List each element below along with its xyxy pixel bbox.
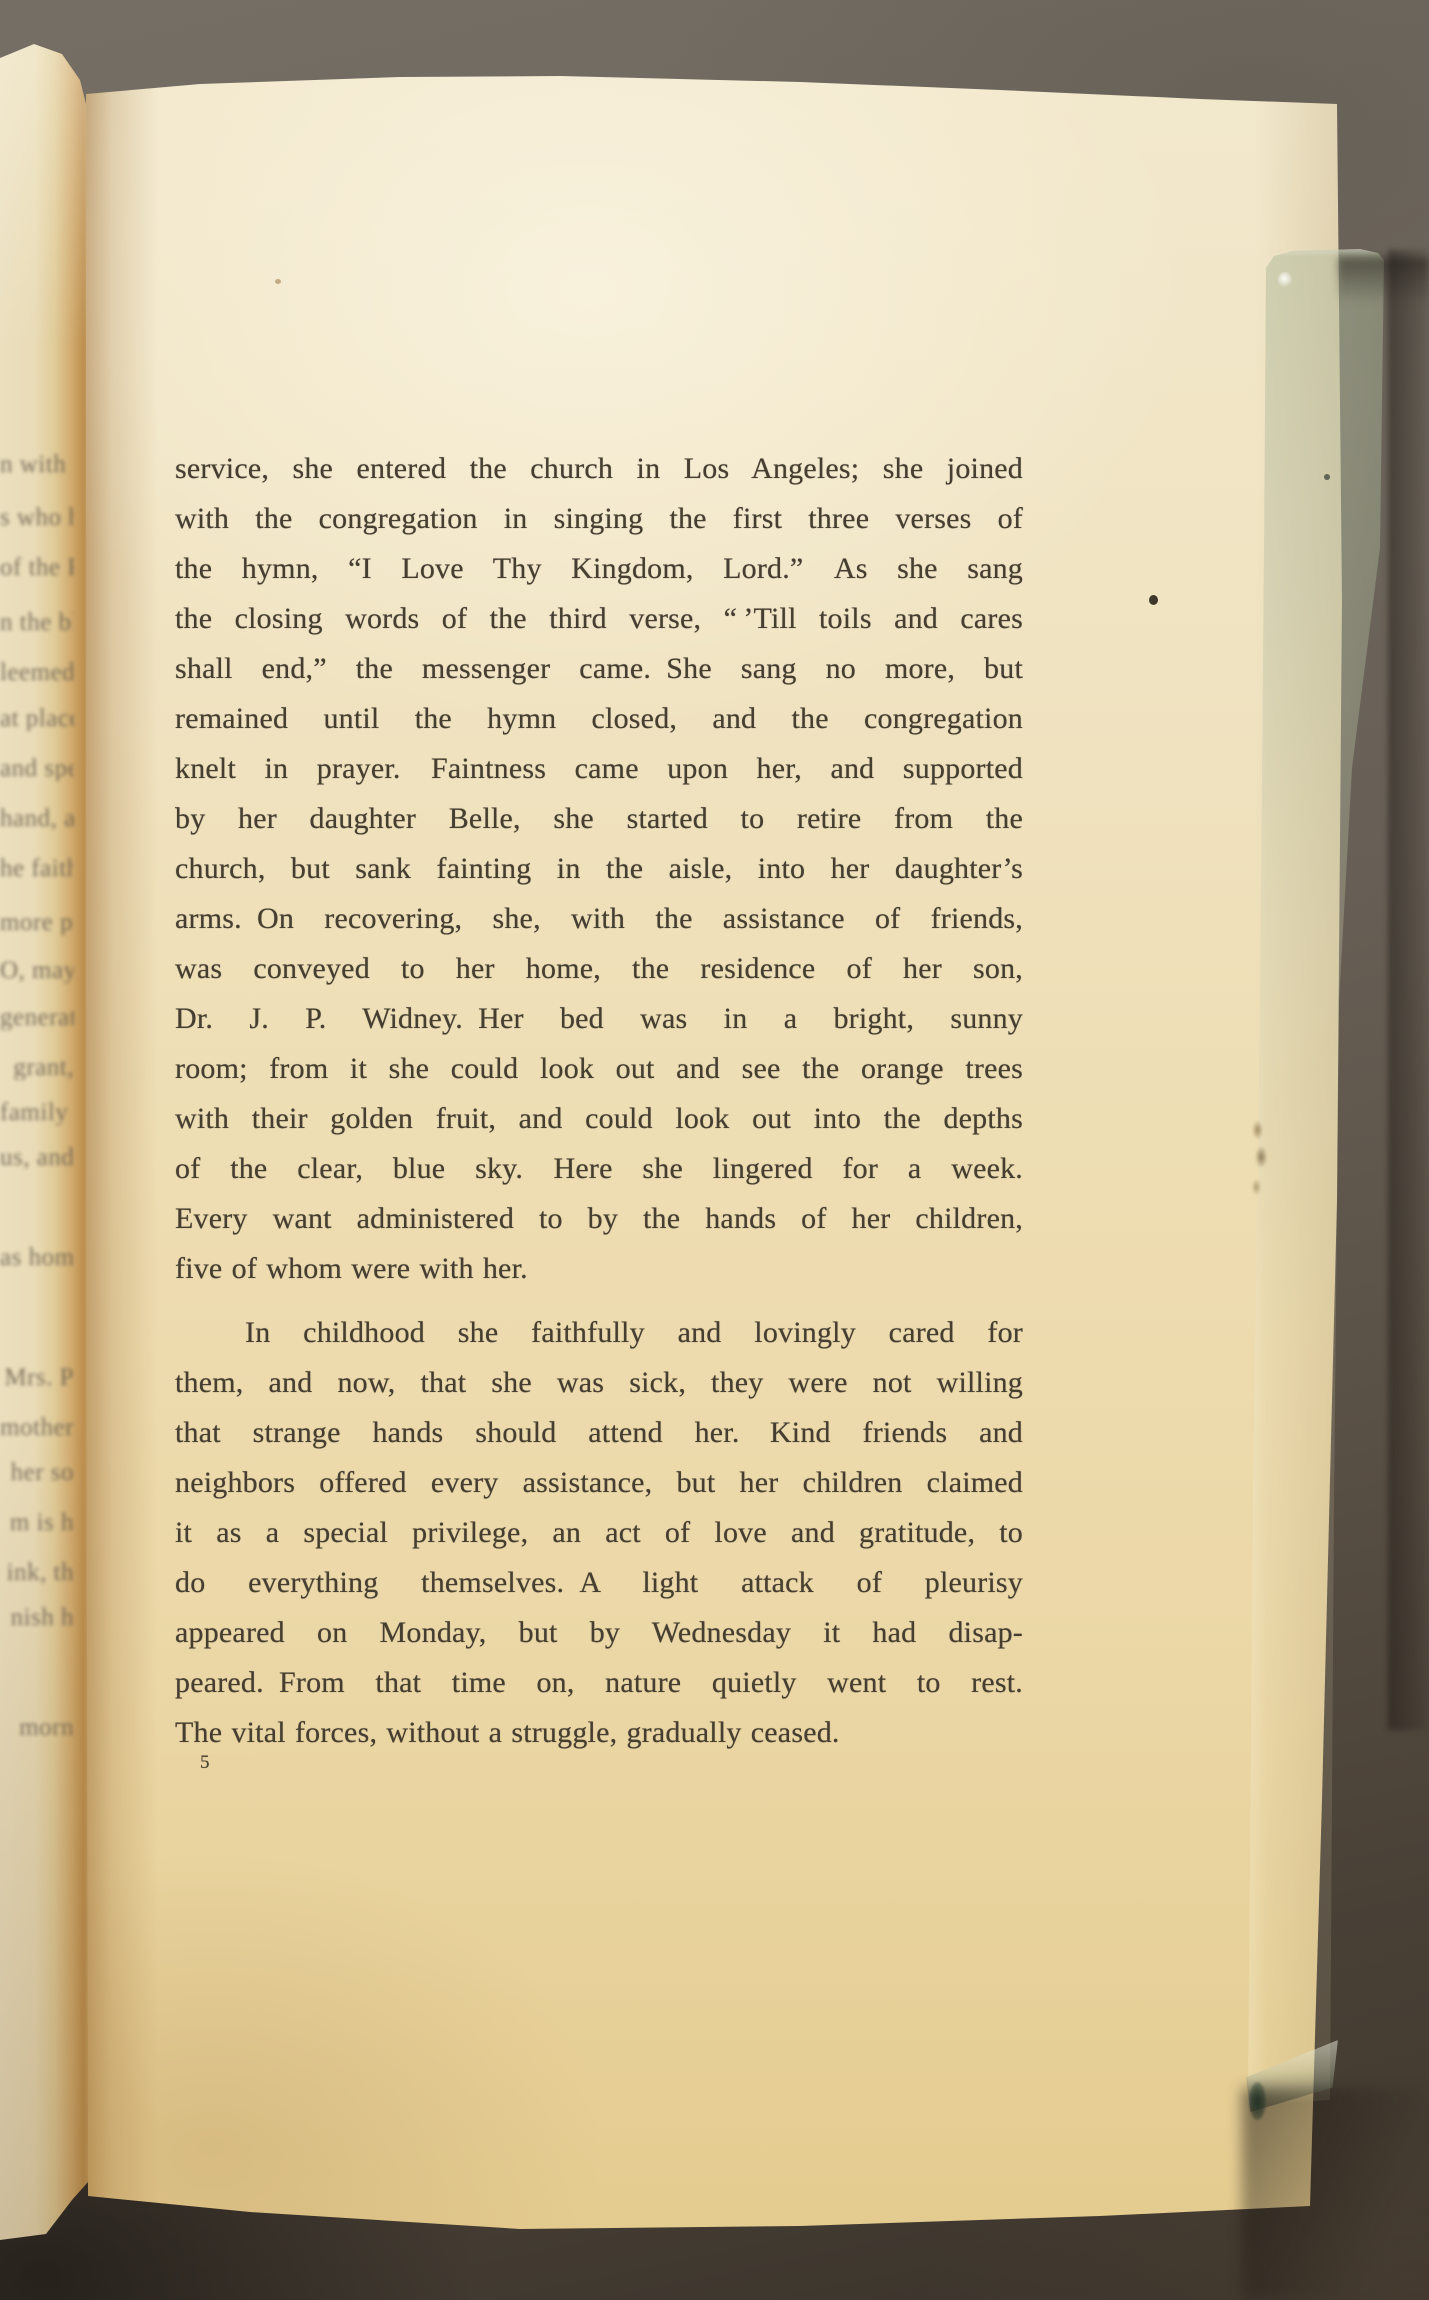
previous-page-fragment: generatio (0, 1005, 74, 1030)
previous-page-fragment: n the blu (0, 610, 74, 635)
text-line: church, but sank fainting in the aisle, … (175, 844, 1023, 894)
glass-shadow-bottom (1242, 2088, 1429, 2300)
text-line: service, she entered the church in Los A… (175, 444, 1023, 494)
paragraph: service, she entered the church in Los A… (175, 444, 1023, 1294)
page-text: service, she entered the church in Los A… (175, 444, 1023, 1758)
paper-fleck (275, 279, 281, 284)
previous-page-fragment: leemed in (0, 660, 74, 685)
text-line: of the clear, blue sky. Here she lingere… (175, 1144, 1023, 1194)
previous-page-fragment: m is h (0, 1510, 74, 1535)
previous-page-fragment: ink, th (0, 1560, 74, 1585)
previous-page-fragment: nish h (0, 1605, 74, 1630)
text-line: room; from it she could look out and see… (175, 1044, 1023, 1094)
text-line: remained until the hymn closed, and the … (175, 694, 1023, 744)
text-line: peared. From that time on, nature quietl… (175, 1658, 1023, 1708)
text-line: arms. On recovering, she, with the assis… (175, 894, 1023, 944)
previous-page-fragment: O, may w (0, 958, 74, 983)
text-line: them, and now, that she was sick, they w… (175, 1358, 1023, 1408)
glass-edge-chip (1248, 1112, 1272, 1212)
previous-page-fragment: n with fe (0, 452, 74, 477)
previous-page-fragment: family i (0, 1100, 74, 1125)
glass-reflection-sparkle (1278, 272, 1292, 288)
previous-page-fragment: s who ha (0, 505, 74, 530)
paragraph: In childhood she faithfully and lovingly… (175, 1308, 1023, 1758)
text-line: neighbors offered every assistance, but … (175, 1458, 1023, 1508)
glass-speck (1324, 474, 1330, 480)
text-line: do everything themselves. A light attack… (175, 1558, 1023, 1608)
text-line: knelt in prayer. Faintness came upon her… (175, 744, 1023, 794)
text-line: In childhood she faithfully and lovingly… (175, 1308, 1023, 1358)
text-line: it as a special privilege, an act of lov… (175, 1508, 1023, 1558)
previous-page-fragment: he faith (0, 856, 74, 881)
page-number: 5 (200, 1752, 210, 1774)
text-line: was conveyed to her home, the residence … (175, 944, 1023, 994)
glass-shadow-right (1388, 250, 1429, 1730)
text-line: that strange hands should attend her. Ki… (175, 1408, 1023, 1458)
previous-page-fragment: hand, a (0, 806, 74, 831)
previous-page-fragment: of the R (0, 555, 74, 580)
text-line: shall end,” the messenger came. She sang… (175, 644, 1023, 694)
previous-page-fragment: and spe (0, 756, 74, 781)
previous-page-fragment: Mrs. P (0, 1365, 74, 1390)
text-line: the hymn, “I Love Thy Kingdom, Lord.” As… (175, 544, 1023, 594)
previous-page-fragment: morn (0, 1715, 74, 1740)
previous-page-fragment: her so (0, 1460, 74, 1485)
text-line: five of whom were with her. (175, 1244, 1023, 1294)
text-line: by her daughter Belle, she started to re… (175, 794, 1023, 844)
previous-page-fragment: us, and w (0, 1145, 74, 1170)
previous-page-fragment: mother (0, 1415, 74, 1440)
previous-page-text-fragments: n with fes who haof the Rn the bluleemed… (0, 0, 88, 2300)
previous-page-fragment: at place (0, 706, 74, 731)
text-line: with the congregation in singing the fir… (175, 494, 1023, 544)
previous-page-fragment: grant, (0, 1055, 74, 1080)
text-line: The vital forces, without a struggle, gr… (175, 1708, 1023, 1758)
photo-scene: n with fes who haof the Rn the bluleemed… (0, 0, 1429, 2300)
text-line: with their golden fruit, and could look … (175, 1094, 1023, 1144)
text-line: Every want administered to by the hands … (175, 1194, 1023, 1244)
text-line: appeared on Monday, but by Wednesday it … (175, 1608, 1023, 1658)
previous-page-fragment: as hom (0, 1245, 74, 1270)
text-line: Dr. J. P. Widney. Her bed was in a brigh… (175, 994, 1023, 1044)
ink-speck (1149, 595, 1158, 605)
text-line: the closing words of the third verse, “ … (175, 594, 1023, 644)
previous-page-fragment: more pur (0, 910, 74, 935)
